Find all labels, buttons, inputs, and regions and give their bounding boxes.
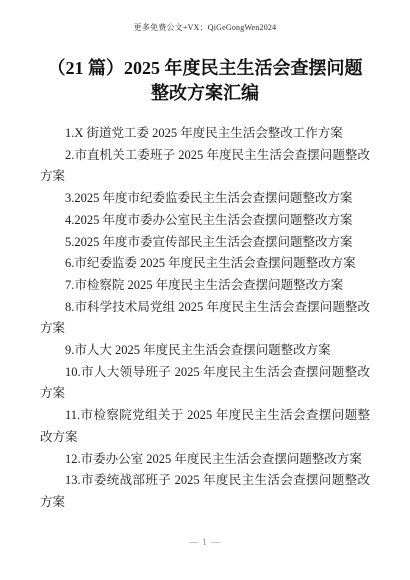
list-item: 11.市检察院党组关于 2025 年度民主生活会查摆问题整改方案 [40,405,370,448]
document-title-line-2: 整改方案汇编 [0,81,410,106]
list-item: 10.市人大领导班子 2025 年度民主生活会查摆问题整改方案 [40,362,370,405]
list-item: 12.市委办公室 2025 年度民主生活会查摆问题整改方案 [40,449,370,471]
toc-list: 1.X 街道党工委 2025 年度民主生活会整改工作方案 2.市直机关工委班子 … [40,123,370,514]
list-item: 8.市科学技术局党组 2025 年度民主生活会查摆问题整改方案 [40,297,370,340]
list-item: 7.市检察院 2025 年度民主生活会查摆问题整改方案 [40,275,370,297]
list-item: 13.市委统战部班子 2025 年度民主生活会查摆问题整改方案 [40,470,370,513]
document-title-line-1: （21 篇）2025 年度民主生活会查摆问题 [0,56,410,81]
document-title: （21 篇）2025 年度民主生活会查摆问题 整改方案汇编 [0,56,410,106]
page-number: — 1 — [0,537,410,547]
document-page: 更多免费公文+VX：QiGeGongWen2024 （21 篇）2025 年度民… [0,0,410,580]
list-item: 5.2025 年度市委宣传部民主生活会查摆问题整改方案 [40,232,370,254]
list-item: 2.市直机关工委班子 2025 年度民主生活会查摆问题整改方案 [40,145,370,188]
watermark-note: 更多免费公文+VX：QiGeGongWen2024 [0,0,410,33]
list-item: 4.2025 年度市委办公室民主生活会查摆问题整改方案 [40,210,370,232]
list-item: 1.X 街道党工委 2025 年度民主生活会整改工作方案 [40,123,370,145]
list-item: 9.市人大 2025 年度民主生活会查摆问题整改方案 [40,340,370,362]
list-item: 6.市纪委监委 2025 年度民主生活会查摆问题整改方案 [40,253,370,275]
list-item: 3.2025 年度市纪委监委民主生活会查摆问题整改方案 [40,188,370,210]
